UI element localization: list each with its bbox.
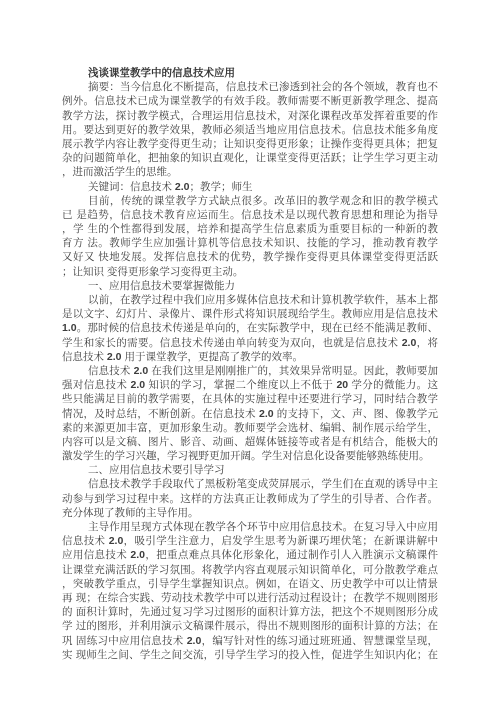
text-line: 是以文字、幻灯片、录像片、课件形式将知识展现给学生。教师应用是信息技术 [62, 307, 438, 321]
text-line: 展示教学内容让教学变得更生动；让知识变得更形象；让操作变得更具体；把复 [62, 137, 438, 151]
text-run: 的支持下，文、声、图、像教学元 [274, 408, 438, 420]
text-line: 激发学生的学习兴趣，学习视野更加开阔。学生对信息化设备要能够熟练使用。 [62, 449, 438, 463]
text-run: 巩 固练习中应用信息技术 [62, 635, 187, 647]
text-run: 。那时候的信息技术传递是单向的，在实际教学中，现在已经不能满足教师、 [77, 322, 438, 334]
text-line: 应用信息技术 2.0，把重点难点具体化形象化，通过制作引人入胜演示文稿课件 [62, 548, 438, 562]
text-run: 浅谈课堂教学中的信息技术应用 [88, 67, 235, 79]
numeral: 2.0 [109, 535, 124, 547]
text-run: ，学 生的个性都得到发展，培养和提高学生信息素质为重要目标的一种新的教 [62, 223, 438, 235]
text-run: ，编写针对性的练习通过班班通、智慧课堂呈现， [201, 635, 438, 647]
text-line: 素的来源更加丰富，更加形象生动。教师要学会选材、编辑、制作展示给学生， [62, 421, 438, 435]
text-run: 让课堂充满活跃的学习氛围。将教学内容直观展示知识简单化，可分散教学难点 [62, 564, 438, 576]
text-line: 学 过的图形，并利用演示文稿课件展示，得出不规则图形的面积计算的方法；在 [62, 619, 438, 633]
numeral: 2.0 [187, 635, 202, 647]
text-line: 再 现；在综合实践、劳动技术教学中可以进行活动过程设计；在教学不规则图形 [62, 591, 438, 605]
text-run: 激发学生的学习兴趣，学习视野更加开阔。学生对信息化设备要能够熟练使用。 [62, 450, 430, 462]
text-run: 学生和家长的需要。信息技术传递由单向转变为双向，也就是信息技术 [62, 337, 402, 349]
text-run: 又好又 快地发展。发挥信息技术的优势，教学操作变得更具体课堂变得更活跃 [62, 251, 438, 263]
text-run: 用于课堂教学，更提高了教学的效率。 [122, 351, 303, 363]
text-run: 摘要：当今信息化不断提高，信息技术已渗透到社会的各个领域，教育也不 [88, 81, 438, 93]
text-run: ，突破教学重点，引导学生掌握知识点。例如，在语文、历史教学中可以让情景 [62, 578, 438, 590]
text-run: ，把重点难点具体化形象化，通过制作引人入胜演示文稿课件 [145, 549, 438, 561]
numeral: 2.0 [130, 549, 145, 561]
text-run: 以前，在教学过程中我们应用多媒体信息技术和计算机教学软件，基本上都 [88, 294, 438, 306]
text-run: 主导作用呈现方式体现在教学各个环节中应用信息技术。在复习导入中应用 [88, 521, 438, 533]
text-line: 实 现师生之间、学生之间交流，引导学生学习的投入性，促进学生知识内化；在 [62, 648, 438, 662]
text-line: 情况，及时总结，不断创新。在信息技术 2.0 的支持下，文、声、图、像教学元 [62, 407, 438, 421]
text-run: ；教学；师生 [190, 181, 253, 193]
text-line: ，突破教学重点，引导学生掌握知识点。例如，在语文、历史教学中可以让情景 [62, 577, 438, 591]
document-page: 浅谈课堂教学中的信息技术应用摘要：当今信息化不断提高，信息技术已渗透到社会的各个… [62, 66, 438, 662]
text-line: 例外。信息技术已成为课堂教学的有效手段。教师需要不断更新教学理念、提高 [62, 94, 438, 108]
numeral: 2.0 [107, 351, 122, 363]
text-line: 信息技术 2.0 在我们这里是刚刚推广的，其效果异常明显。因此，教师要加 [62, 364, 438, 378]
text-line: 的 面积计算时，先通过复习学习过图形的面积计算方法，把这个不规则图形分成 [62, 605, 438, 619]
text-run: 在我们这里是刚刚推广的，其效果异常明显。因此，教师要加 [148, 365, 438, 377]
text-run: ；让知识 变得更形象学习变得更主动。 [62, 266, 243, 278]
text-run: ，吸引学生注意力，启发学生思考为新课巧埋伏笔；在新课讲解中 [123, 535, 438, 547]
text-run: 信息技术 [62, 535, 109, 547]
numeral: 1.0 [62, 322, 77, 334]
text-run: 是以文字、幻灯片、录像片、课件形式将知识展现给学生。教师应用是信息技术 [62, 308, 438, 320]
text-line: ，进而激活学生的思维。 [62, 165, 438, 179]
text-line: 巩 固练习中应用信息技术 2.0，编写针对性的练习通过班班通、智慧课堂呈现， [62, 634, 438, 648]
text-run: 展示教学内容让教学变得更生动；让知识变得更形象；让操作变得更具体；把复 [62, 138, 438, 150]
text-line: 以前，在教学过程中我们应用多媒体信息技术和计算机教学软件，基本上都 [62, 293, 438, 307]
text-run: 目前，传统的课堂教学方式缺点很多。改革旧的教学观念和旧的教学模式 [88, 195, 438, 207]
text-run: 关键词：信息技术 [88, 181, 175, 193]
text-line: 目前，传统的课堂教学方式缺点很多。改革旧的教学观念和旧的教学模式 [62, 194, 438, 208]
text-line: 摘要：当今信息化不断提高，信息技术已渗透到社会的各个领域，教育也不 [62, 80, 438, 94]
numeral: 2.0 [134, 365, 149, 377]
text-run: 学 过的图形，并利用演示文稿课件展示，得出不规则图形的面积计算的方法；在 [62, 620, 438, 632]
text-line: 用。要达到更好的教学效果，教师必须适当地应用信息技术。信息技术能多角度 [62, 123, 438, 137]
text-line: 动参与到学习过程中来。这样的方法真正让教师成为了学生的引导者、合作者。 [62, 492, 438, 506]
text-run: 情况，及时总结，不断创新。在信息技术 [62, 408, 259, 420]
text-run: 强对信息技术 [62, 379, 131, 391]
text-run: 些只能满足目前的教学需要，在具体的实施过程中还要进行学习，同时结合教学 [62, 393, 438, 405]
text-run: 再 现；在综合实践、劳动技术教学中可以进行活动过程设计；在教学不规则图形 [62, 592, 438, 604]
text-line: 一、应用信息技术要掌握微能力 [62, 279, 438, 293]
text-line: 已 是趋势，信息技术教育应运而生。信息技术是以现代教育思想和理论为指导 [62, 208, 438, 222]
text-line: 二、应用信息技术要引导学习 [62, 463, 438, 477]
numeral: 2.0 [402, 337, 417, 349]
text-line: 内容可以是文稿、图片、影音、动画、超媒体链接等或者是有机结合，能极大的 [62, 435, 438, 449]
text-line: 信息技术教学手段取代了黑板粉笔变成荧屏展示，学生们在直观的诱导中主 [62, 477, 438, 491]
text-line: 信息技术 2.0，吸引学生注意力，启发学生思考为新课巧埋伏笔；在新课讲解中 [62, 534, 438, 548]
text-run: 育方 法。教师学生应加强计算机等信息技术知识、技能的学习，推动教育教学 [62, 237, 438, 249]
text-line: ；让知识 变得更形象学习变得更主动。 [62, 265, 438, 279]
text-line: 育方 法。教师学生应加强计算机等信息技术知识、技能的学习，推动教育教学 [62, 236, 438, 250]
numeral: 2.0 [175, 181, 190, 193]
numeral: 20 [336, 379, 348, 391]
text-line: 1.0。那时候的信息技术传递是单向的，在实际教学中，现在已经不能满足教师、 [62, 321, 438, 335]
text-run: 教学方法，探讨教学模式，合理运用信息技术，对深化课程改革发挥着重要的作 [62, 110, 438, 122]
text-run: 已 是趋势，信息技术教育应运而生。信息技术是以现代教育思想和理论为指导 [62, 209, 438, 221]
text-line: 强对信息技术 2.0 知识的学习，掌握二个维度以上不低于 20 学分的微能力。这 [62, 378, 438, 392]
text-run: 例外。信息技术已成为课堂教学的有效手段。教师需要不断更新教学理念、提高 [62, 95, 438, 107]
text-line: 主导作用呈现方式体现在教学各个环节中应用信息技术。在复习导入中应用 [62, 520, 438, 534]
text-run: 二、应用信息技术要引导学习 [88, 464, 225, 476]
text-run: 一、应用信息技术要掌握微能力 [88, 280, 235, 292]
text-run: 动参与到学习过程中来。这样的方法真正让教师成为了学生的引导者、合作者。 [62, 493, 438, 505]
text-line: 学生和家长的需要。信息技术传递由单向转变为双向，也就是信息技术 2.0，将 [62, 336, 438, 350]
text-run: 杂的问题简单化，把抽象的知识直观化，让课堂变得更活跃；让学生学习更主动 [62, 152, 438, 164]
text-line: 杂的问题简单化，把抽象的知识直观化，让课堂变得更活跃；让学生学习更主动 [62, 151, 438, 165]
text-line: 信息技术 2.0 用于课堂教学，更提高了教学的效率。 [62, 350, 438, 364]
text-line: 关键词：信息技术 2.0；教学；师生 [62, 180, 438, 194]
text-run: 实 现师生之间、学生之间交流，引导学生学习的投入性，促进学生知识内化；在 [62, 649, 438, 661]
text-run: ，将 [416, 337, 438, 349]
text-run: 素的来源更加丰富，更加形象生动。教师要学会选材、编辑、制作展示给学生， [62, 422, 438, 434]
text-run: 信息技术教学手段取代了黑板粉笔变成荧屏展示，学生们在直观的诱导中主 [88, 478, 438, 490]
text-run: 应用信息技术 [62, 549, 130, 561]
text-run: 学分的微能力。这 [348, 379, 438, 391]
numeral: 2.0 [259, 408, 274, 420]
document-title: 浅谈课堂教学中的信息技术应用 [62, 66, 438, 80]
text-line: 些只能满足目前的教学需要，在具体的实施过程中还要进行学习，同时结合教学 [62, 392, 438, 406]
text-line: 让课堂充满活跃的学习氛围。将教学内容直观展示知识简单化，可分散教学难点 [62, 563, 438, 577]
text-run: 内容可以是文稿、图片、影音、动画、超媒体链接等或者是有机结合，能极大的 [62, 436, 438, 448]
text-line: 教学方法，探讨教学模式，合理运用信息技术，对深化课程改革发挥着重要的作 [62, 109, 438, 123]
text-run: 信息技术 [88, 365, 134, 377]
text-run: ，进而激活学生的思维。 [62, 166, 178, 178]
text-run: 知识的学习，掌握二个维度以上不低于 [145, 379, 336, 391]
text-run: 信息技术 [62, 351, 107, 363]
text-run: 充分体现了教师的主导作用。 [62, 507, 199, 519]
text-run: 用。要达到更好的教学效果，教师必须适当地应用信息技术。信息技术能多角度 [62, 124, 438, 136]
text-line: 又好又 快地发展。发挥信息技术的优势，教学操作变得更具体课堂变得更活跃 [62, 250, 438, 264]
text-line: 充分体现了教师的主导作用。 [62, 506, 438, 520]
numeral: 2.0 [131, 379, 146, 391]
text-line: ，学 生的个性都得到发展，培养和提高学生信息素质为重要目标的一种新的教 [62, 222, 438, 236]
text-run: 的 面积计算时，先通过复习学习过图形的面积计算方法，把这个不规则图形分成 [62, 606, 438, 618]
